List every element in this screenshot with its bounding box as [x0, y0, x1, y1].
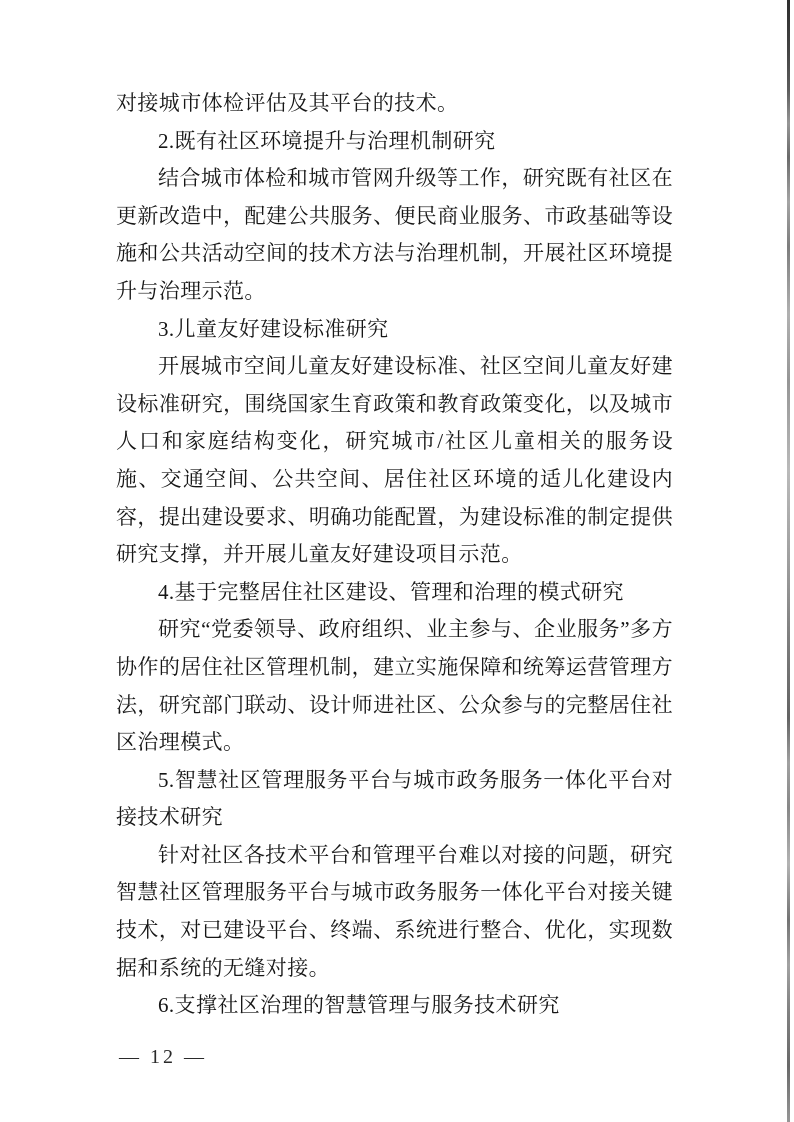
scan-artifact-line — [787, 0, 790, 1122]
section-paragraph-2: 结合城市体检和城市管网升级等工作，研究既有社区在更新改造中，配建公共服务、便民商… — [116, 160, 673, 310]
section-heading-2: 2.既有社区环境提升与治理机制研究 — [116, 123, 673, 161]
page-footer: — 12 — — [119, 1046, 207, 1069]
document-page: 对接城市体检评估及其平台的技术。 2.既有社区环境提升与治理机制研究 结合城市体… — [0, 0, 794, 1122]
section-heading-6: 6.支撑社区治理的智慧管理与服务技术研究 — [116, 987, 673, 1025]
section-paragraph-5: 针对社区各技术平台和管理平台难以对接的问题，研究智慧社区管理服务平台与城市政务服… — [116, 837, 673, 987]
page-number: — 12 — — [119, 1046, 207, 1068]
scanned-document-page: { "colors": { "paper": "#ffffff", "ink":… — [0, 0, 794, 1122]
section-heading-5: 5.智慧社区管理服务平台与城市政务服务一体化平台对接技术研究 — [116, 762, 673, 837]
section-heading-3: 3.儿童友好建设标准研究 — [116, 311, 673, 349]
section-heading-4: 4.基于完整居住社区建设、管理和治理的模式研究 — [116, 574, 673, 612]
paragraph-continuation: 对接城市体检评估及其平台的技术。 — [116, 85, 673, 123]
document-body: 对接城市体检评估及其平台的技术。 2.既有社区环境提升与治理机制研究 结合城市体… — [116, 85, 673, 1025]
section-paragraph-4: 研究“党委领导、政府组织、业主参与、企业服务”多方协作的居住社区管理机制，建立实… — [116, 611, 673, 761]
section-paragraph-3: 开展城市空间儿童友好建设标准、社区空间儿童友好建设标准研究，围绕国家生育政策和教… — [116, 348, 673, 574]
